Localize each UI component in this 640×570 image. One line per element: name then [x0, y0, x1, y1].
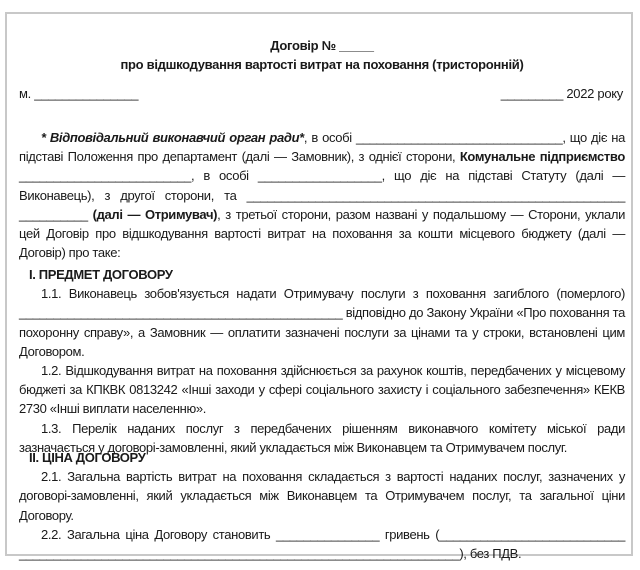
date-field: _________ 2022 року: [501, 84, 623, 103]
communal-enterprise: Комунальне підприємство: [460, 149, 625, 164]
clause-1-2: 1.2. Відшкодування витрат на поховання з…: [19, 361, 625, 419]
responsible-body: * Відповідальний виконавчий орган ради*: [41, 130, 304, 145]
document-frame: Договір № _____ про відшкодування вартос…: [5, 12, 633, 556]
section-subject: І. ПРЕДМЕТ ДОГОВОРУ 1.1. Виконавець зобо…: [19, 265, 625, 457]
title-line-2: про відшкодування вартості витрат на пох…: [19, 55, 625, 74]
document-title: Договір № _____ про відшкодування вартос…: [19, 36, 625, 74]
section-heading: ІІ. ЦІНА ДОГОВОРУ: [19, 448, 625, 467]
clause-2-2: 2.2. Загальна ціна Договору становить __…: [19, 525, 625, 563]
recipient-label: (далі — Отримувач): [93, 207, 217, 222]
section-heading: І. ПРЕДМЕТ ДОГОВОРУ: [19, 265, 625, 284]
title-line-1: Договір № _____: [19, 36, 625, 55]
clause-1-1: 1.1. Виконавець зобов'язується надати От…: [19, 284, 625, 361]
clause-2-1: 2.1. Загальна вартість витрат на похован…: [19, 467, 625, 525]
city-field: м. _______________: [19, 84, 138, 103]
section-price: ІІ. ЦІНА ДОГОВОРУ 2.1. Загальна вартість…: [19, 448, 625, 563]
intro-paragraph: * Відповідальний виконавчий орган ради*,…: [19, 128, 625, 262]
